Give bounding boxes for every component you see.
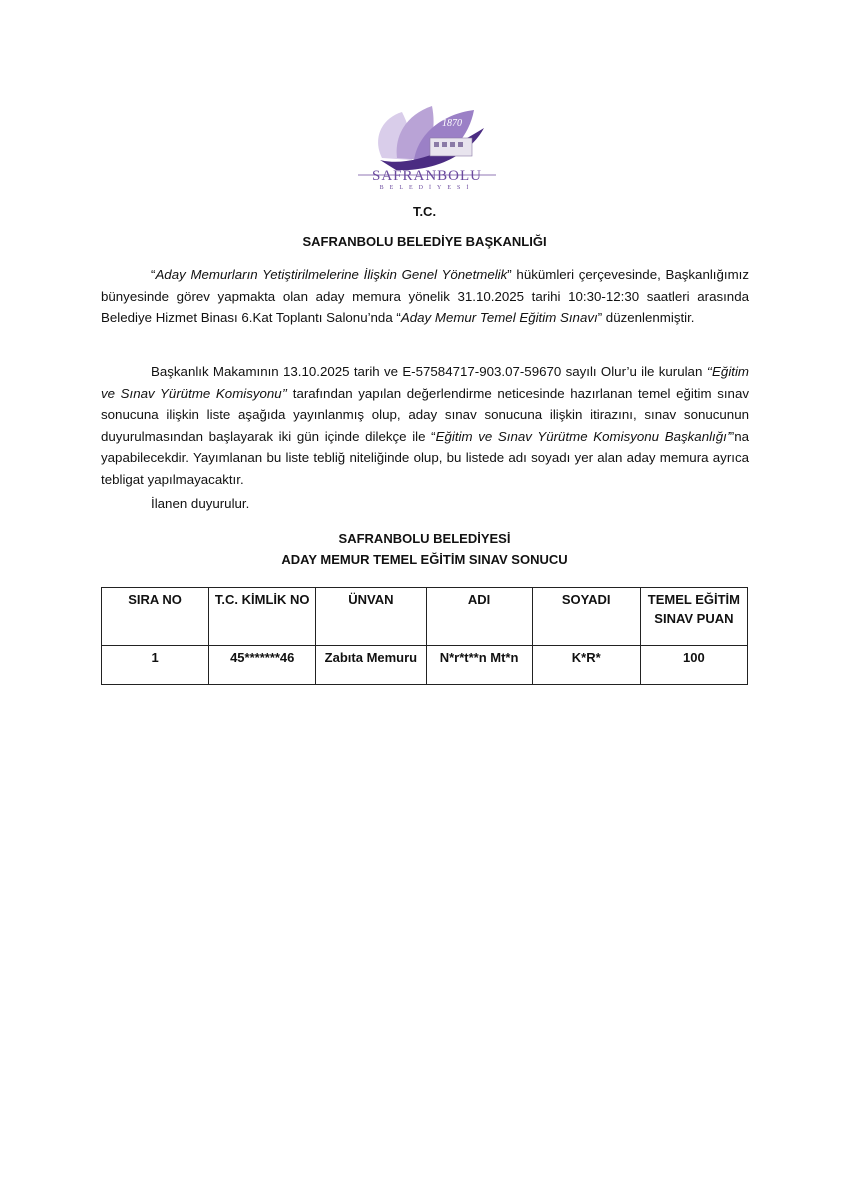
results-title: SAFRANBOLU BELEDİYESİ (100, 531, 749, 546)
col-soyadi: SOYADI (532, 588, 640, 646)
paragraph-text: ” düzenlenmiştir. (598, 310, 695, 325)
cell-soyadi: K*R* (532, 646, 640, 685)
col-tc-kimlik-no: T.C. KİMLİK NO (209, 588, 316, 646)
cell-adi: N*r*t**n Mt*n (426, 646, 532, 685)
cell-puan: 100 (640, 646, 747, 685)
col-adi: ADI (426, 588, 532, 646)
logo-subtitle: BELEDİYESİ (380, 184, 475, 190)
results-table: SIRA NO T.C. KİMLİK NO ÜNVAN ADI SOYADI … (101, 587, 748, 685)
commission-presidency: Eğitim ve Sınav Yürütme Komisyonu Başkan… (436, 429, 730, 444)
results-subtitle: ADAY MEMUR TEMEL EĞİTİM SINAV SONUCU (100, 552, 749, 567)
closing-text: İlanen duyurulur. (151, 493, 249, 515)
col-puan: TEMEL EĞİTİM SINAV PUAN (640, 588, 747, 646)
cell-unvan: Zabıta Memuru (316, 646, 426, 685)
header-institution: SAFRANBOLU BELEDİYE BAŞKANLIĞI (100, 234, 749, 249)
paragraph-text: Başkanlık Makamının 13.10.2025 tarih ve … (151, 364, 707, 379)
exam-title: Aday Memur Temel Eğitim Sınavı (401, 310, 598, 325)
paragraph-announcement: “Aday Memurların Yetiştirilmelerine İliş… (101, 264, 749, 329)
header-tc: T.C. (100, 204, 749, 219)
cell-sira-no: 1 (102, 646, 209, 685)
logo-name: SAFRANBOLU (372, 168, 482, 184)
municipality-logo: 1870 SAFRANBOLU BELEDİYESİ (352, 98, 502, 190)
col-unvan: ÜNVAN (316, 588, 426, 646)
cell-tc-kimlik-no: 45*******46 (209, 646, 316, 685)
table-row: 1 45*******46 Zabıta Memuru N*r*t**n Mt*… (102, 646, 748, 685)
logo-year: 1870 (442, 118, 462, 129)
paragraph-evaluation: Başkanlık Makamının 13.10.2025 tarih ve … (101, 361, 749, 490)
regulation-title: Aday Memurların Yetiştirilmelerine İlişk… (155, 267, 507, 282)
col-sira-no: SIRA NO (102, 588, 209, 646)
table-header-row: SIRA NO T.C. KİMLİK NO ÜNVAN ADI SOYADI … (102, 588, 748, 646)
